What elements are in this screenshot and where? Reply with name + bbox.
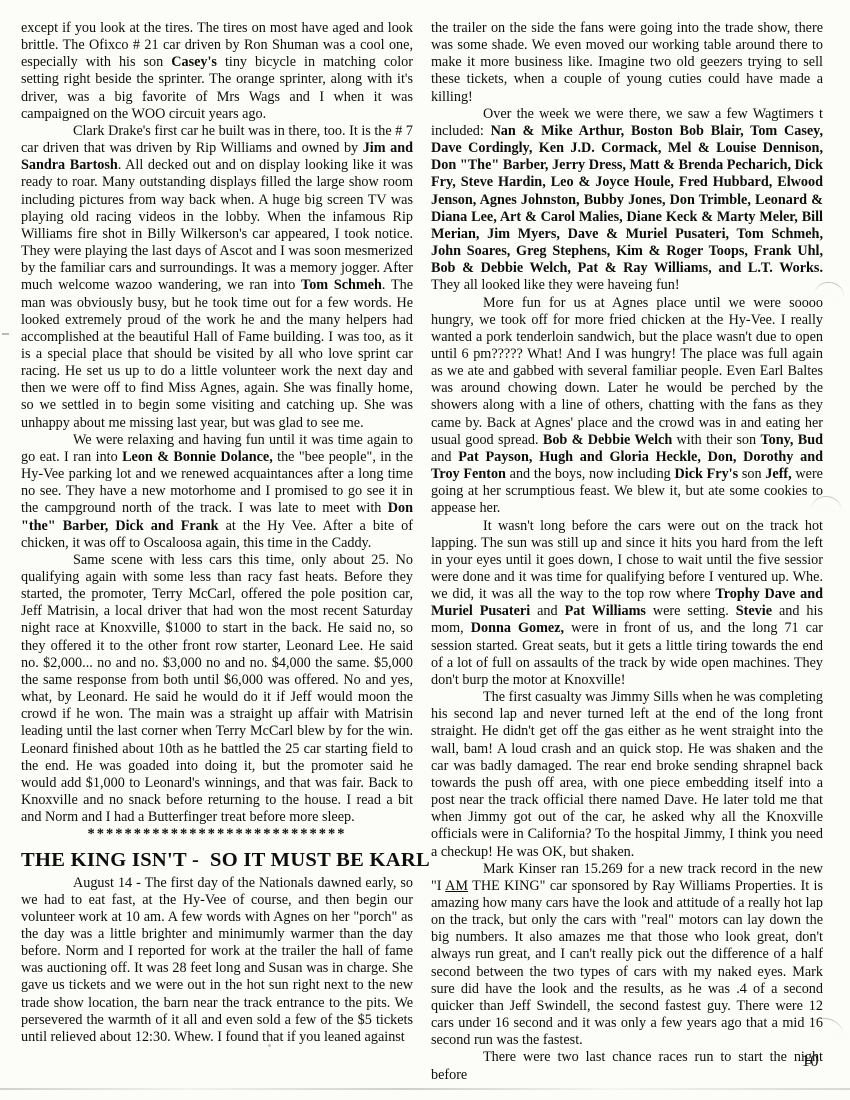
scan-speck — [2, 333, 9, 335]
bold-name-text: Bob & Debbie Welch — [543, 432, 672, 448]
left-text-column: except if you look at the tires. The tir… — [21, 20, 413, 1046]
body-text: and — [530, 603, 564, 619]
body-text: and — [431, 449, 458, 465]
body-text: Same scene with less cars this time, onl… — [21, 552, 413, 825]
scan-edge-line — [0, 1088, 850, 1090]
body-text: THE KING" car sponsored by Ray Williams … — [431, 878, 823, 1048]
paragraph: It wasn't long before the cars were out … — [431, 518, 823, 690]
paragraph: Clark Drake's first car he built was in … — [21, 123, 413, 432]
bold-name-text: Nan & Mike Arthur, Boston Bob Blair, Tom… — [431, 123, 823, 276]
asterisk-divider: **************************** — [21, 826, 413, 843]
body-text: the trailer on the side the fans were go… — [431, 20, 823, 105]
body-text: were setting. — [646, 603, 736, 619]
body-text: There were two last chance races run to … — [431, 1049, 823, 1082]
bold-name-text: Tony, Bud — [760, 432, 823, 448]
paragraph: Over the week we were there, we saw a fe… — [431, 106, 823, 295]
newsletter-scanned-page: except if you look at the tires. The tir… — [0, 0, 850, 1100]
paragraph: There were two last chance races run to … — [431, 1049, 823, 1083]
body-text: August 14 - The first day of the Nationa… — [21, 875, 413, 1045]
bold-name-text: Jeff, — [765, 466, 791, 482]
bold-name-text: Tom Schmeh — [301, 277, 382, 293]
body-text: They all looked like they were haveing f… — [431, 277, 680, 293]
paragraph: the trailer on the side the fans were go… — [431, 20, 823, 106]
paragraph: We were relaxing and having fun until it… — [21, 432, 413, 552]
paragraph: except if you look at the tires. The tir… — [21, 20, 413, 123]
paragraph: Mark Kinser ran 15.269 for a new track r… — [431, 861, 823, 1050]
paragraph: August 14 - The first day of the Nationa… — [21, 875, 413, 1047]
section-heading: THE KING ISN'T - SO IT MUST BE KARL — [21, 848, 413, 872]
body-text: Clark Drake's first car he built was in … — [21, 123, 413, 156]
bold-name-text: Leon & Bonnie Dolance, — [122, 449, 273, 465]
body-text: . The man was obviously busy, but he too… — [21, 277, 413, 430]
body-text: and the boys, now including — [506, 466, 675, 482]
paragraph: Same scene with less cars this time, onl… — [21, 552, 413, 827]
body-text: son — [738, 466, 765, 482]
paragraph: The first casualty was Jimmy Sills when … — [431, 689, 823, 861]
page-number: 10 — [802, 1051, 820, 1071]
right-text-column: the trailer on the side the fans were go… — [431, 20, 823, 1084]
body-text: . All decked out and on display looking … — [21, 157, 413, 293]
underlined-text: AM — [445, 878, 468, 894]
bold-name-text: Pat Williams — [565, 603, 646, 619]
bold-name-text: Casey's — [171, 54, 217, 70]
paragraph: More fun for us at Agnes place until we … — [431, 295, 823, 518]
scan-speck — [268, 1044, 271, 1047]
body-text: with their son — [672, 432, 760, 448]
body-text: The first casualty was Jimmy Sills when … — [431, 689, 823, 859]
bold-name-text: Dick Fry's — [675, 466, 739, 482]
bold-name-text: Stevie — [736, 603, 772, 619]
body-text: More fun for us at Agnes place until we … — [431, 295, 823, 448]
bold-name-text: Donna Gomez, — [471, 620, 564, 636]
